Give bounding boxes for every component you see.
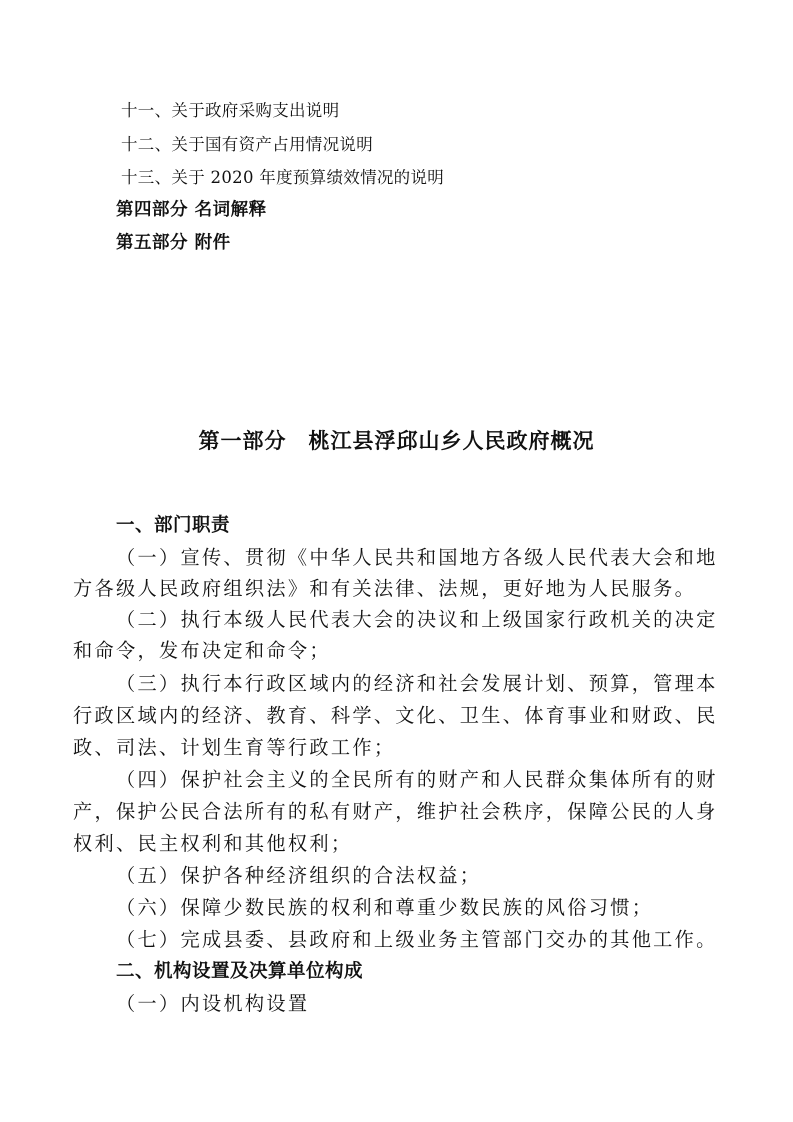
paragraph-line: （六）保障少数民族的权利和尊重少数民族的风俗习惯； [116,896,653,920]
paragraph-line: （二）执行本级人民代表大会的决议和上级国家行政机关的决定 [116,608,718,632]
paragraph-line: （七）完成县委、县政府和上级业务主管部门交办的其他工作。 [116,928,718,952]
toc-part-5: 第五部分 附件 [116,231,231,255]
section-title: 第一部分 桃江县浮邱山乡人民政府概况 [0,429,793,453]
paragraph-line: 和命令，发布决定和命令； [73,639,331,663]
document-page: 十一、关于政府采购支出说明 十二、关于国有资产占用情况说明 十三、关于 2020… [0,0,793,1122]
toc-part-4: 第四部分 名词解释 [116,198,267,222]
paragraph-line: 权利、民主权利和其他权利； [73,832,352,856]
subsection-heading-organization: 二、机构设置及决算单位构成 [116,960,363,984]
paragraph-line: （四）保护社会主义的全民所有的财产和人民群众集体所有的财 [116,768,718,792]
paragraph-line: （三）执行本行政区域内的经济和社会发展计划、预算，管理本 [116,672,718,696]
paragraph-line: 政、司法、计划生育等行政工作； [73,736,395,760]
toc-item-11: 十一、关于政府采购支出说明 [121,99,339,123]
paragraph-line: 产，保护公民合法所有的私有财产，维护社会秩序，保障公民的人身 [73,800,718,824]
toc-item-13: 十三、关于 2020 年度预算绩效情况的说明 [121,166,444,190]
paragraph-line: （一）宣传、贯彻《中华人民共和国地方各级人民代表大会和地 [116,546,718,570]
toc-item-12: 十二、关于国有资产占用情况说明 [121,133,373,157]
paragraph-line: 方各级人民政府组织法》和有关法律、法规，更好地为人民服务。 [73,577,696,601]
subsection-heading-duties: 一、部门职责 [116,514,230,538]
paragraph-line: （五）保护各种经济组织的合法权益； [116,864,481,888]
paragraph-line: （一）内设机构设置 [116,992,309,1016]
paragraph-line: 行政区域内的经济、教育、科学、文化、卫生、体育事业和财政、民 [73,704,718,728]
